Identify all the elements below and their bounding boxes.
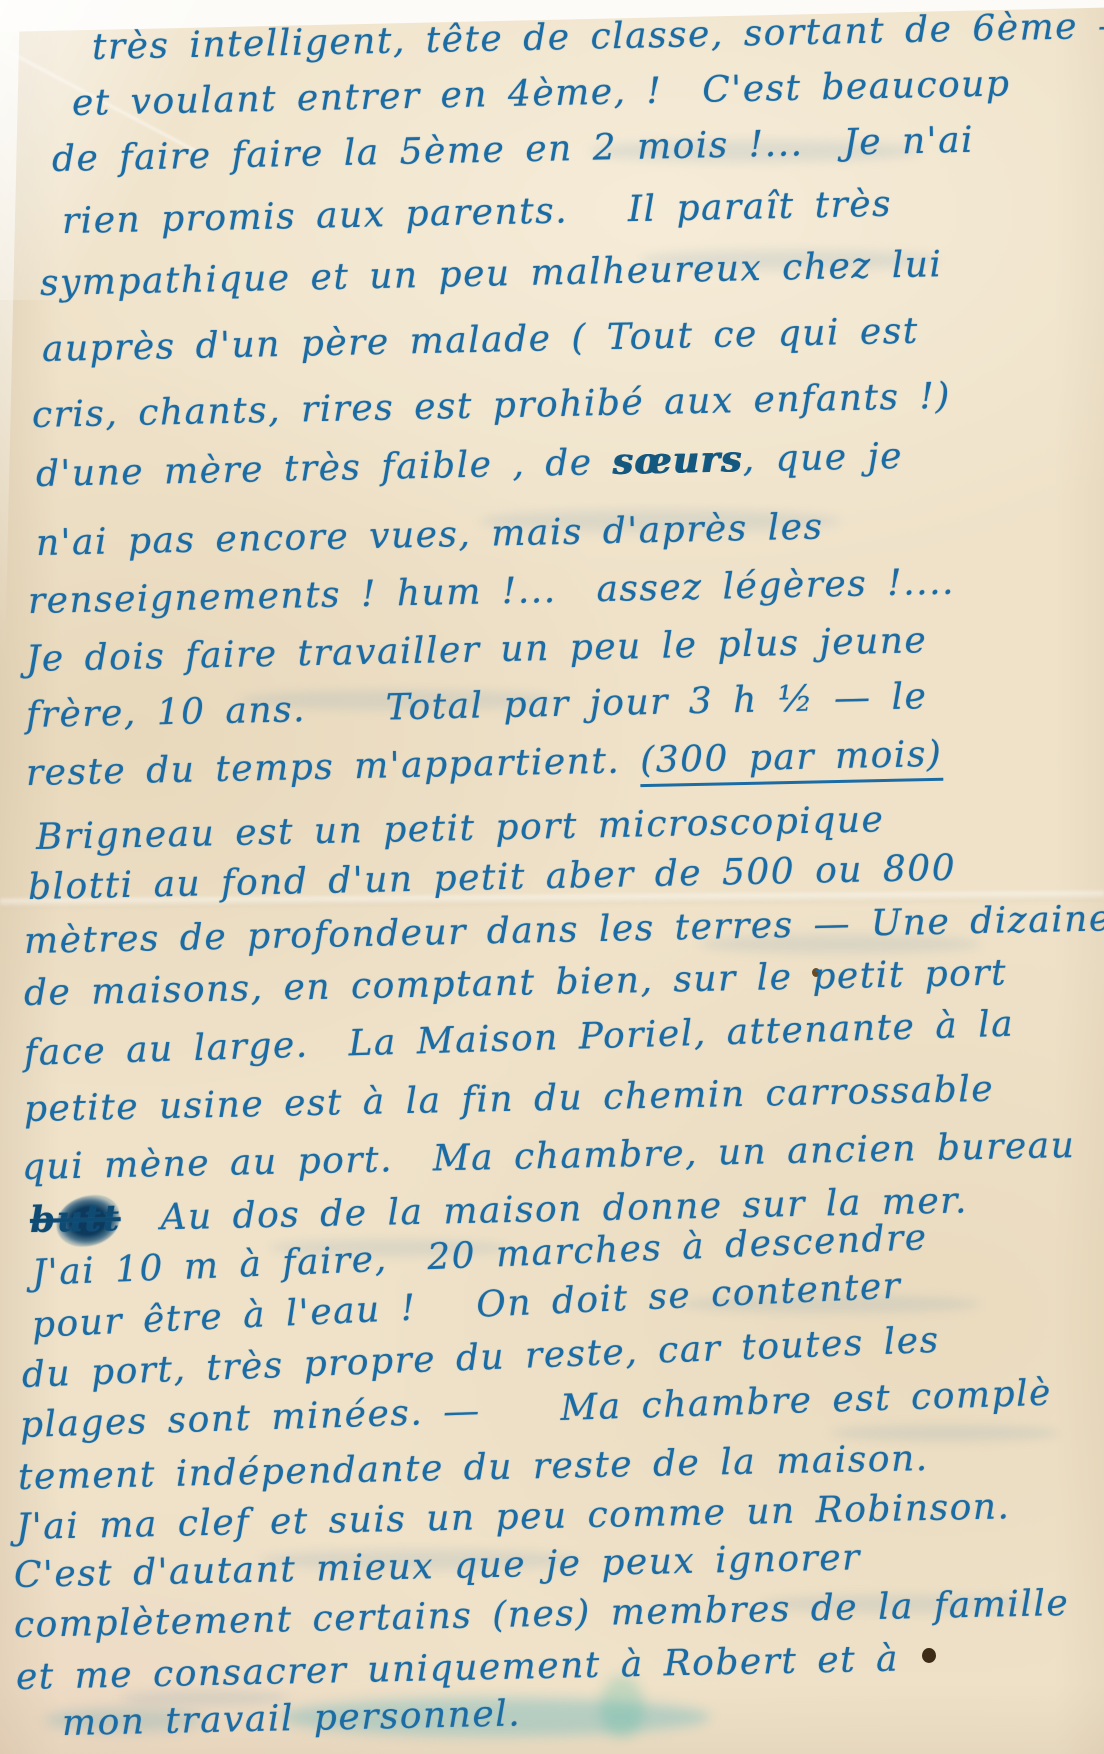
handwritten-line: frère, 10 ans. Total par jour 3 h ½ — le (26, 675, 928, 738)
handwritten-line: sympathique et un peu malheureux chez lu… (40, 243, 943, 306)
handwritten-line: rien promis aux parents. Il paraît très (62, 183, 893, 244)
line-text: reste du temps m'appartient. (26, 740, 641, 794)
handwritten-line: face au large. La Maison Poriel, attenan… (23, 1003, 1014, 1076)
handwritten-line: Je dois faire travailler un peu le plus … (26, 619, 928, 682)
handwritten-line: renseignements ! hum !... assez légères … (28, 561, 956, 624)
handwritten-line: auprès d'un père malade ( Tout ce qui es… (42, 310, 920, 372)
handwritten-line: reste du temps m'appartient. (300 par mo… (26, 733, 943, 796)
scanned-letter-page: très intelligent, tête de classe, sortan… (0, 0, 1104, 1754)
handwritten-line: n'ai pas encore vues, mais d'après les (36, 506, 824, 566)
handwritten-line: petite usine est à la fin du chemin carr… (24, 1068, 995, 1132)
handwritten-line: et voulant entrer en 4ème, ! C'est beauc… (72, 62, 1011, 126)
handwritten-line: de faire faire la 5ème en 2 mois !... Je… (52, 119, 975, 182)
handwritten-line: mon travail personnel. (62, 1692, 522, 1746)
overwritten-word: sœurs (612, 438, 743, 483)
line-text: , que je (742, 436, 903, 480)
handwritten-line: et me consacrer uniquement à Robert et à (16, 1638, 900, 1700)
handwritten-line: d'une mère très faible , de sœurs, que j… (36, 434, 904, 497)
scan-edge-left (0, 0, 20, 660)
underlined-amount: (300 par mois) (640, 734, 943, 787)
handwritten-line: cris, chants, rires est prohibé aux enfa… (32, 375, 952, 438)
paper-fleck (922, 1648, 936, 1663)
letter-paper: très intelligent, tête de classe, sortan… (0, 0, 1104, 1754)
struck-word: butt (30, 1197, 121, 1241)
line-text: d'une mère très faible , de (36, 442, 613, 495)
